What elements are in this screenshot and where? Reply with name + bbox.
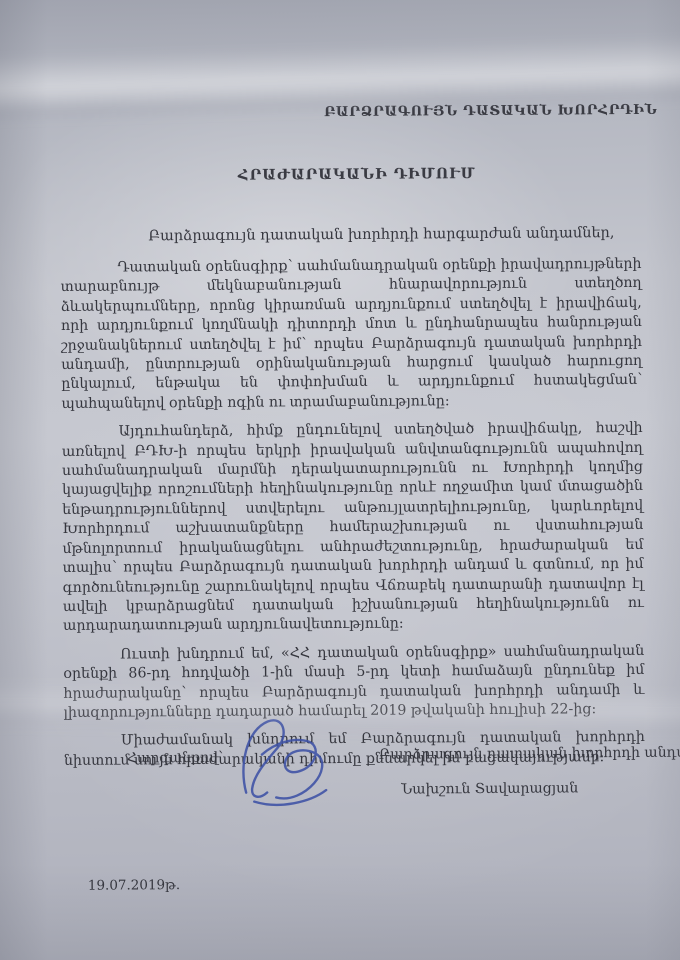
document-date: 19.07.2019թ. xyxy=(88,877,180,894)
document-title: ՀՐԱԺԱՐԱԿԱՆԻ ԴԻՄՈՒՄ xyxy=(238,165,476,184)
handwritten-signature-icon xyxy=(224,712,345,813)
salutation-line: Բարձրագույն դատական խորհրդի հարգարժան ան… xyxy=(148,225,614,244)
closing-name: Նախշուն Տավարացյան xyxy=(401,780,578,797)
letter-sheet: ԲԱՐՁՐԱԳՈՒՅՆ ԴԱՏԱԿԱՆ ԽՈՐՀՐԴԻՆ ՀՐԱԺԱՐԱԿԱՆԻ… xyxy=(0,0,680,960)
paragraph-2: Այդուհանդերձ, հիմք ընդունելով ստեղծված ի… xyxy=(62,419,644,637)
photographed-letter: ԲԱՐՁՐԱԳՈՒՅՆ ԴԱՏԱԿԱՆ ԽՈՐՀՐԴԻՆ ՀՐԱԺԱՐԱԿԱՆԻ… xyxy=(0,0,680,960)
closing-respectfully: Հարգանքով՝ xyxy=(127,750,223,767)
paragraph-3: Ուստի խնդրում եմ, «ՀՀ դատական օրենսգիրք»… xyxy=(63,642,645,724)
letter-body: Դատական օրենսգիրք՝ սահմանադրական օրենքի … xyxy=(60,255,645,780)
closing-position: Բարձրագույն դատական խորհրդի անդամ xyxy=(379,745,680,763)
addressee-line: ԲԱՐՁՐԱԳՈՒՅՆ ԴԱՏԱԿԱՆ ԽՈՐՀՐԴԻՆ xyxy=(324,102,657,120)
paragraph-1: Դատական օրենսգիրք՝ սահմանադրական օրենքի … xyxy=(60,255,642,414)
